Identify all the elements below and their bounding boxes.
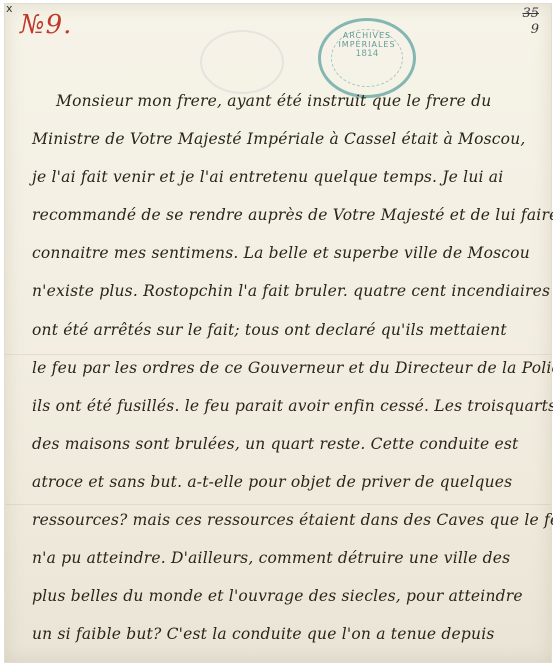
letter-line: un si faible but? C'est la conduite que … bbox=[32, 625, 495, 643]
letter-line: ils ont été fusillés. le feu parait avoi… bbox=[32, 397, 553, 415]
letter-line: plus belles du monde et l'ouvrage des si… bbox=[32, 587, 523, 605]
corner-mark: x bbox=[6, 2, 13, 15]
letter-line: des maisons sont brulées, un quart reste… bbox=[32, 435, 518, 453]
letter-line: atroce et sans but. a-t-elle pour objet … bbox=[32, 473, 512, 491]
letter-line: connaitre mes sentimens. La belle et sup… bbox=[32, 244, 530, 262]
paper-fold bbox=[5, 354, 551, 355]
folio-current: 9 bbox=[522, 22, 539, 38]
paper-fold bbox=[5, 504, 551, 505]
letter-line: Monsieur mon frere, ayant été instruit q… bbox=[56, 92, 491, 110]
letter-line: ont été arrêtés sur le fait; tous ont de… bbox=[32, 321, 507, 339]
letter-line: Ministre de Votre Majesté Impériale à Ca… bbox=[32, 130, 526, 148]
letter-line: recommandé de se rendre auprès de Votre … bbox=[32, 206, 553, 224]
letter-line: le feu par les ordres de ce Gouverneur e… bbox=[32, 359, 553, 377]
letter-line: ressources? mais ces ressources étaient … bbox=[32, 511, 553, 529]
folio-struck: 35 bbox=[522, 6, 539, 22]
stamp-year: 1814 bbox=[321, 49, 413, 59]
archive-stamp: ARCHIVES IMPÉRIALES 1814 bbox=[318, 18, 416, 98]
stamp-text: ARCHIVES IMPÉRIALES bbox=[321, 31, 413, 49]
faded-stamp bbox=[200, 30, 284, 94]
document-number: №9. bbox=[20, 10, 72, 40]
letter-line: n'a pu atteindre. D'ailleurs, comment dé… bbox=[32, 549, 510, 567]
letter-line: n'existe plus. Rostopchin l'a fait brule… bbox=[32, 282, 550, 300]
letter-line: je l'ai fait venir et je l'ai entretenu … bbox=[32, 168, 503, 186]
folio-number: 35 9 bbox=[522, 6, 539, 38]
